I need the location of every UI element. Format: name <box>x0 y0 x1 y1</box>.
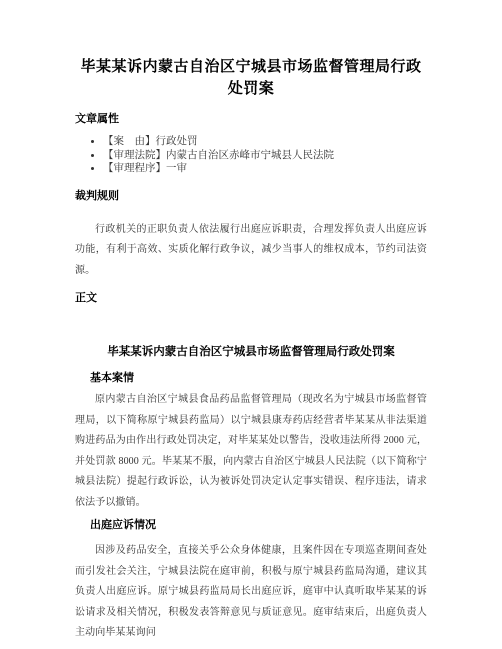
attributes-list: 【案 由】行政处罚 【审理法院】内蒙古自治区赤峰市宁城县人民法院 【审理程序】一… <box>75 135 427 176</box>
basic-facts-paragraph: 原内蒙古自治区宁城县食品药品监督管理局（现改名为宁城县市场监督管理局，以下简称原… <box>75 390 427 513</box>
judgment-rules-paragraph: 行政机关的正职负责人依法履行出庭应诉职责，合理发挥负责人出庭应诉功能，有利于高效… <box>75 220 427 282</box>
attribute-item-trial-procedure: 【审理程序】一审 <box>103 162 427 176</box>
subsection-heading-basic-facts: 基本案情 <box>90 372 427 385</box>
case-title-centered: 毕某某诉内蒙古自治区宁城县市场监督管理局行政处罚案 <box>75 345 427 359</box>
subsection-heading-court-appearance: 出庭应诉情况 <box>90 519 427 532</box>
attribute-item-case-cause: 【案 由】行政处罚 <box>103 135 427 149</box>
section-heading-judgment-rules: 裁判规则 <box>75 190 427 203</box>
section-heading-article-attributes: 文章属性 <box>75 113 427 126</box>
court-appearance-paragraph: 因涉及药品安全，直接关乎公众身体健康，且案件因在专项巡查期间查处而引发社会关注，… <box>75 541 427 644</box>
attribute-item-trial-court: 【审理法院】内蒙古自治区赤峰市宁城县人民法院 <box>103 149 427 163</box>
section-heading-main-text: 正文 <box>75 292 427 305</box>
document-title: 毕某某诉内蒙古自治区宁城县市场监督管理局行政处罚案 <box>75 56 427 100</box>
document-page: 毕某某诉内蒙古自治区宁城县市场监督管理局行政处罚案 文章属性 【案 由】行政处罚… <box>0 0 502 649</box>
